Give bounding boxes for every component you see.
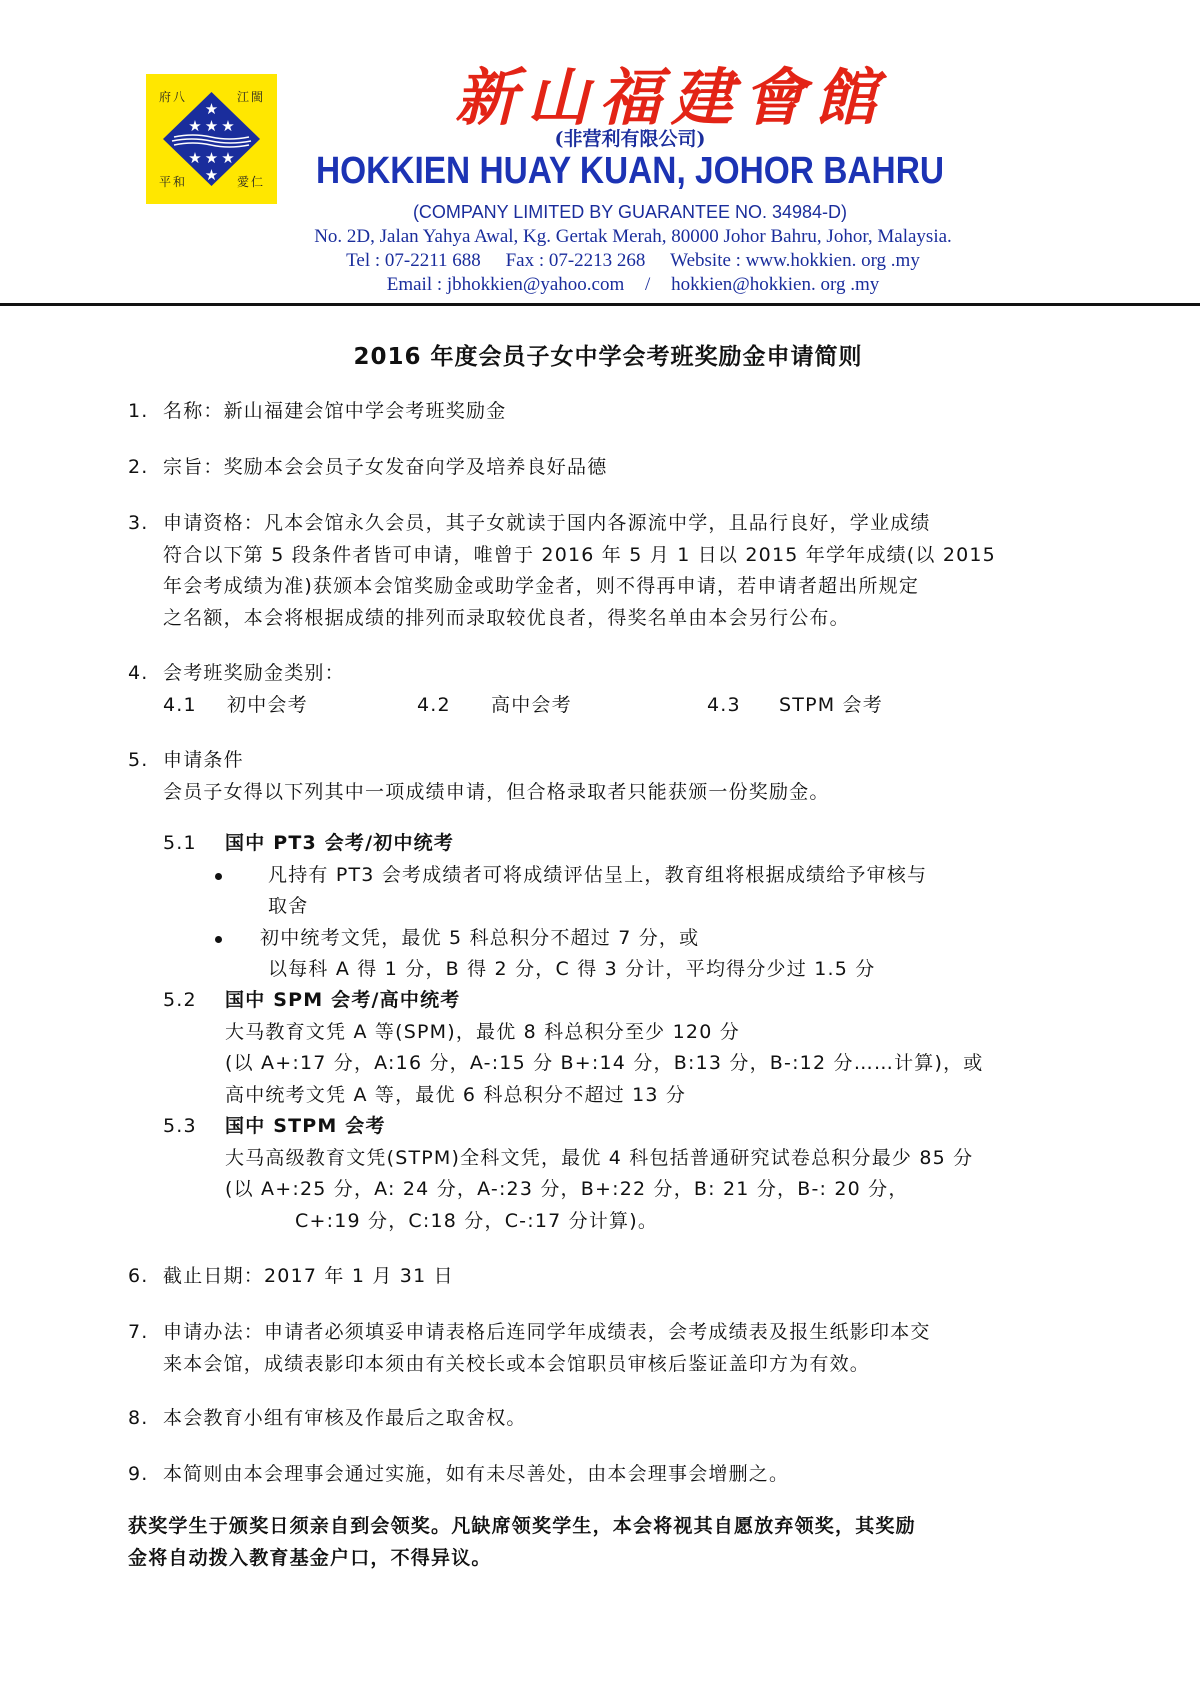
item-text: 名称：新山福建会馆中学会考班奖励金	[163, 396, 1098, 428]
category-label: 高中会考	[491, 690, 707, 722]
fax: Fax : 07-2213 268	[506, 250, 646, 271]
item-number: 7.	[128, 1317, 149, 1349]
item-text-line: 年会考成绩为准)获颁本会馆奖励金或助学金者，则不得再申请，若申请者超出所规定	[163, 571, 1098, 603]
subsection-heading: 国中 STPM 会考	[225, 1115, 386, 1137]
telephone: Tel : 07-2211 688	[346, 250, 481, 271]
item-text-line: 会员子女得以下列其中一项成绩申请，但合格录取者只能获颁一份奖励金。	[163, 777, 1098, 809]
item-number: 6.	[128, 1261, 149, 1293]
rule-item-4: 4. 会考班奖励金类别： 4.1初中会考4.2高中会考4.3STPM 会考	[128, 658, 1098, 721]
bullet-text: 以每科 A 得 1 分，B 得 2 分，C 得 3 分计，平均得分少过 1.5 …	[268, 954, 1083, 986]
item-text-line: 申请办法：申请者必须填妥申请表格后连同学年成绩表，会考成绩表及报生纸影印本交	[163, 1317, 1098, 1349]
rule-item-5: 5. 申请条件 会员子女得以下列其中一项成绩申请，但合格录取者只能获颁一份奖励金…	[128, 745, 1098, 808]
document-title: 2016 年度会员子女中学会考班奖励金申请简则	[0, 338, 1200, 371]
subsection-number: 5.3	[163, 1111, 225, 1143]
category-number: 4.1	[163, 690, 227, 722]
item-text-line: 申请条件	[163, 745, 1098, 777]
address: No. 2D, Jalan Yahya Awal, Kg. Gertak Mer…	[0, 226, 1200, 248]
category-label: STPM 会考	[779, 690, 883, 722]
item-text-line: 来本会馆，成绩表影印本须由有关校长或本会馆职员审核后鉴证盖印方为有效。	[163, 1349, 1098, 1381]
email-separator: /	[645, 274, 650, 295]
category-number: 4.3	[707, 690, 779, 722]
item-text: 宗旨：奖励本会会员子女发奋向学及培养良好品德	[163, 452, 1098, 484]
item-text: 本简则由本会理事会通过实施，如有未尽善处，由本会理事会增删之。	[163, 1459, 1098, 1491]
item-number: 5.	[128, 745, 149, 777]
item-number: 4.	[128, 658, 149, 690]
item-number: 8.	[128, 1403, 149, 1435]
header-divider	[0, 303, 1200, 306]
notice-line: 获奖学生于颁奖日须亲自到会领奖。凡缺席领奖学生，本会将视其自愿放弃领奖，其奖励	[128, 1511, 1108, 1543]
english-org-name: HOKKIEN HUAY KUAN, JOHOR BAHRU	[76, 150, 1185, 193]
bullet-item: 初中统考文凭，最优 5 科总积分不超过 7 分，或 以每科 A 得 1 分，B …	[163, 923, 1083, 986]
item-number: 1.	[128, 396, 149, 428]
item-text-line: 申请资格：凡本会馆永久会员，其子女就读于国内各源流中学，且品行良好，学业成绩	[163, 508, 1098, 540]
bullet-text: 取舍	[268, 891, 1083, 923]
item-text-line: 符合以下第 5 段条件者皆可申请，唯曾于 2016 年 5 月 1 日以 201…	[163, 540, 1098, 572]
email-label: Email :	[387, 274, 442, 295]
subsection-heading: 国中 PT3 会考/初中统考	[225, 832, 454, 854]
award-collection-notice: 获奖学生于颁奖日须亲自到会领奖。凡缺席领奖学生，本会将视其自愿放弃领奖，其奖励 …	[128, 1511, 1108, 1574]
item-text: 本会教育小组有审核及作最后之取舍权。	[163, 1403, 1098, 1435]
item-text-line: 之名额，本会将根据成绩的排列而录取较优良者，得奖名单由本会另行公布。	[163, 603, 1098, 635]
subsection-5-2: 5.2国中 SPM 会考/高中统考 大马教育文凭 A 等(SPM)，最优 8 科…	[163, 985, 1083, 1111]
email-line: Email : jbhokkien@yahoo.com / hokkien@ho…	[0, 274, 1200, 296]
email-link-2[interactable]: hokkien@hokkien. org .my	[671, 274, 879, 295]
logo-text-top-right: 江閩	[237, 88, 265, 105]
rule-item-9: 9. 本简则由本会理事会通过实施，如有未尽善处，由本会理事会增删之。	[128, 1459, 1098, 1491]
company-registration: (COMPANY LIMITED BY GUARANTEE NO. 34984-…	[0, 202, 1200, 223]
subsection-5-1: 5.1国中 PT3 会考/初中统考 凡持有 PT3 会考成绩者可将成绩评估呈上，…	[163, 828, 1083, 986]
item-number: 3.	[128, 508, 149, 540]
item-number: 9.	[128, 1459, 149, 1491]
notice-line: 金将自动拨入教育基金户口，不得异议。	[128, 1543, 1108, 1575]
bullet-icon	[215, 873, 222, 880]
subsection-text-line: (以 A+:17 分，A:16 分，A-:15 分 B+:14 分，B:13 分…	[225, 1048, 1083, 1080]
subsection-text-line: 大马高级教育文凭(STPM)全科文凭，最优 4 科包括普通研究试卷总积分最少 8…	[225, 1143, 1083, 1175]
contact-line: Tel : 07-2211 688 Fax : 07-2213 268 Webs…	[0, 250, 1200, 272]
rule-item-1: 1. 名称：新山福建会馆中学会考班奖励金	[128, 396, 1098, 428]
letterhead: ★ ★★★ ★★★ ★ 府八 江閩 平和 愛仁 新山福建會館 (非营利有限公司)…	[0, 0, 1200, 305]
subsection-text-line: C+:19 分，C:18 分，C-:17 分计算)。	[295, 1206, 1083, 1238]
item-text: 截止日期：2017 年 1 月 31 日	[163, 1261, 1098, 1293]
item-text: 会考班奖励金类别：	[163, 658, 1098, 690]
bullet-item: 凡持有 PT3 会考成绩者可将成绩评估呈上，教育组将根据成绩给予审核与 取舍	[163, 860, 1083, 923]
subsection-text-line: 高中统考文凭 A 等，最优 6 科总积分不超过 13 分	[225, 1080, 1083, 1112]
rule-item-7: 7. 申请办法：申请者必须填妥申请表格后连同学年成绩表，会考成绩表及报生纸影印本…	[128, 1317, 1098, 1380]
category-label: 初中会考	[227, 690, 417, 722]
bullet-text: 凡持有 PT3 会考成绩者可将成绩评估呈上，教育组将根据成绩给予审核与	[268, 860, 1083, 892]
rule-item-8: 8. 本会教育小组有审核及作最后之取舍权。	[128, 1403, 1098, 1435]
subsection-text-line: 大马教育文凭 A 等(SPM)，最优 8 科总积分至少 120 分	[225, 1017, 1083, 1049]
subsection-number: 5.2	[163, 985, 225, 1017]
bullet-icon	[215, 936, 222, 943]
subsection-5-3: 5.3国中 STPM 会考 大马高级教育文凭(STPM)全科文凭，最优 4 科包…	[163, 1111, 1083, 1237]
subsection-text-line: (以 A+:25 分，A: 24 分，A-:23 分，B+:22 分，B: 21…	[225, 1174, 1083, 1206]
email-link-1[interactable]: jbhokkien@yahoo.com	[447, 274, 624, 295]
item-number: 2.	[128, 452, 149, 484]
chinese-subtitle: (非营利有限公司)	[0, 124, 1200, 151]
bullet-text: 初中统考文凭，最优 5 科总积分不超过 7 分，或	[260, 923, 1083, 955]
svg-text:★: ★	[205, 100, 218, 118]
category-number: 4.2	[417, 690, 491, 722]
website-link[interactable]: Website : www.hokkien. org .my	[670, 250, 920, 271]
subsection-number: 5.1	[163, 828, 225, 860]
rule-item-2: 2. 宗旨：奖励本会会员子女发奋向学及培养良好品德	[128, 452, 1098, 484]
rule-item-6: 6. 截止日期：2017 年 1 月 31 日	[128, 1261, 1098, 1293]
logo-text-top-left: 府八	[159, 88, 187, 105]
subsection-heading: 国中 SPM 会考/高中统考	[225, 989, 461, 1011]
category-list: 4.1初中会考4.2高中会考4.3STPM 会考	[163, 690, 1098, 722]
rule-item-3: 3. 申请资格：凡本会馆永久会员，其子女就读于国内各源流中学，且品行良好，学业成…	[128, 508, 1098, 634]
